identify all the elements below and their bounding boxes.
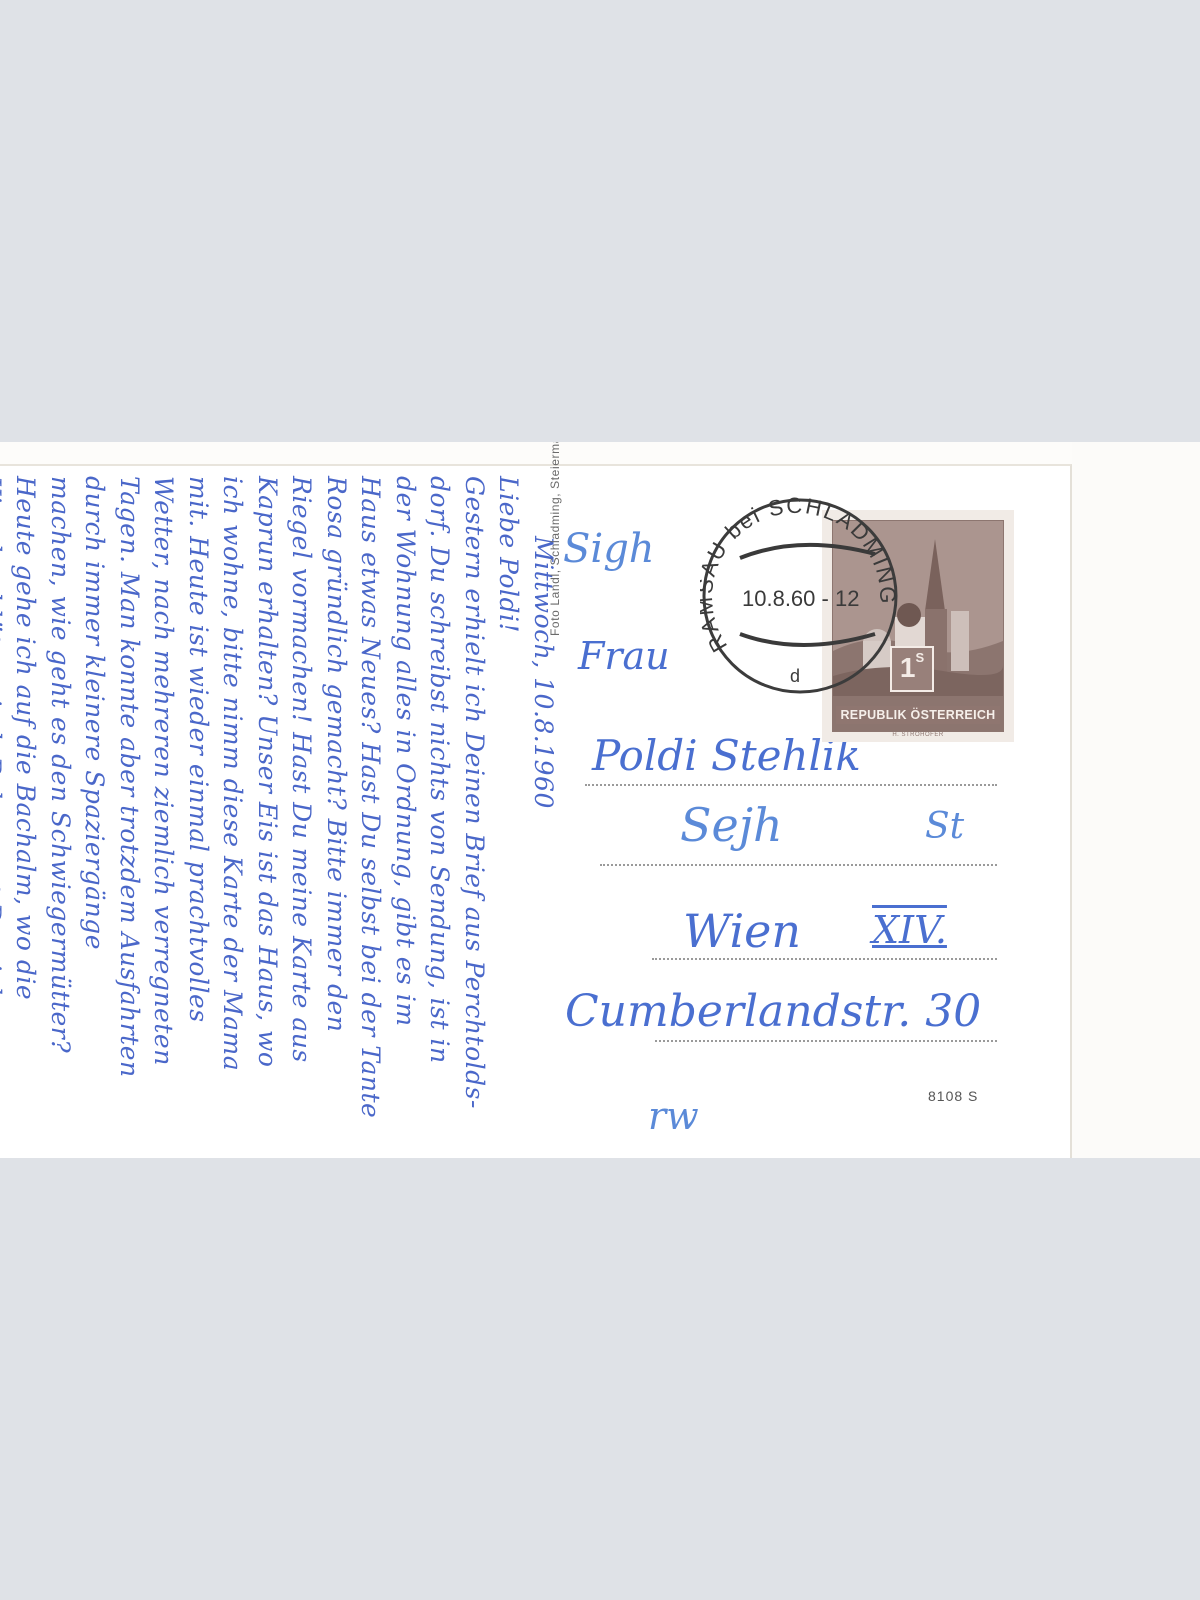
message-line: Liebe Poldi!	[491, 476, 526, 1156]
address-prefix: Sigh	[563, 526, 655, 572]
svg-text:10.8.60 - 12: 10.8.60 - 12	[742, 586, 859, 611]
message-line: ich wohne, bitte nimm diese Karte der Ma…	[215, 476, 250, 1156]
handwritten-message: Mittwoch, 10.8.1960 Liebe Poldi! Gestern…	[0, 476, 560, 1156]
message-line: Kirschenblüten sind. Bekommst Du viel	[0, 476, 8, 1156]
address-name: Poldi Stehlik	[592, 731, 861, 780]
stamp-country: REPUBLIK ÖSTERREICH	[836, 706, 1000, 724]
address-salutation: Frau	[578, 634, 670, 678]
message-line: durch immer kleinere Spaziergänge	[77, 476, 112, 1156]
postcard-back: Mittwoch, 10.8.1960 Liebe Poldi! Gestern…	[0, 464, 1072, 1158]
address-line-4	[655, 1040, 997, 1042]
address-line-2	[600, 864, 997, 866]
address-street: Cumberlandstr. 30	[565, 986, 981, 1037]
address-suburb-suffix: St	[925, 806, 964, 847]
address-line-3	[652, 958, 997, 960]
address-district: XIV.	[872, 908, 947, 952]
postmark-icon: RAMSAU bei SCHLADMING 10.8.60 - 12 d	[700, 496, 900, 696]
card-number: 8108 S	[928, 1088, 978, 1104]
message-line: dorf. Du schreibst nichts von Sendung, i…	[422, 476, 457, 1156]
message-line: Gestern erhielt ich Deinen Brief aus Per…	[457, 476, 492, 1156]
message-line: Heute gehe ich auf die Bachalm, wo die	[8, 476, 43, 1156]
scanner-background	[1072, 442, 1200, 1158]
message-line: machen, wie geht es den Schwiegermütter?	[43, 476, 78, 1156]
svg-text:RAMSAU bei SCHLADMING: RAMSAU bei SCHLADMING	[700, 496, 900, 656]
message-line: Tagen. Man konnte aber trotzdem Ausfahrt…	[112, 476, 147, 1156]
message-line: Riegel vormachen! Hast Du meine Karte au…	[284, 476, 319, 1156]
message-line: Kaprun erhalten? Unser Eis ist das Haus,…	[250, 476, 285, 1156]
message-line: Haus etwas Neues? Hast Du selbst bei der…	[353, 476, 388, 1156]
stamp-engraver: H. STROHOFER	[822, 732, 1014, 738]
photo-credit: Foto Landl, Schladming, Steiermark	[548, 442, 562, 636]
address-suburb: Sejh	[680, 798, 783, 852]
message-line: Wetter, nach mehreren ziemlich verregnet…	[146, 476, 181, 1156]
address-city: Wien	[683, 904, 801, 958]
message-line: Rosa gründlich gemacht? Bitte immer den	[319, 476, 354, 1156]
address-note: rw	[648, 1094, 699, 1138]
address-line-1	[585, 784, 997, 786]
postcard-scan: Mittwoch, 10.8.1960 Liebe Poldi! Gestern…	[0, 442, 1200, 1158]
svg-text:d: d	[790, 666, 800, 686]
message-line: mit. Heute ist wieder einmal prachtvolle…	[181, 476, 216, 1156]
message-line: der Wohnung alles in Ordnung, gibt es im	[388, 476, 423, 1156]
